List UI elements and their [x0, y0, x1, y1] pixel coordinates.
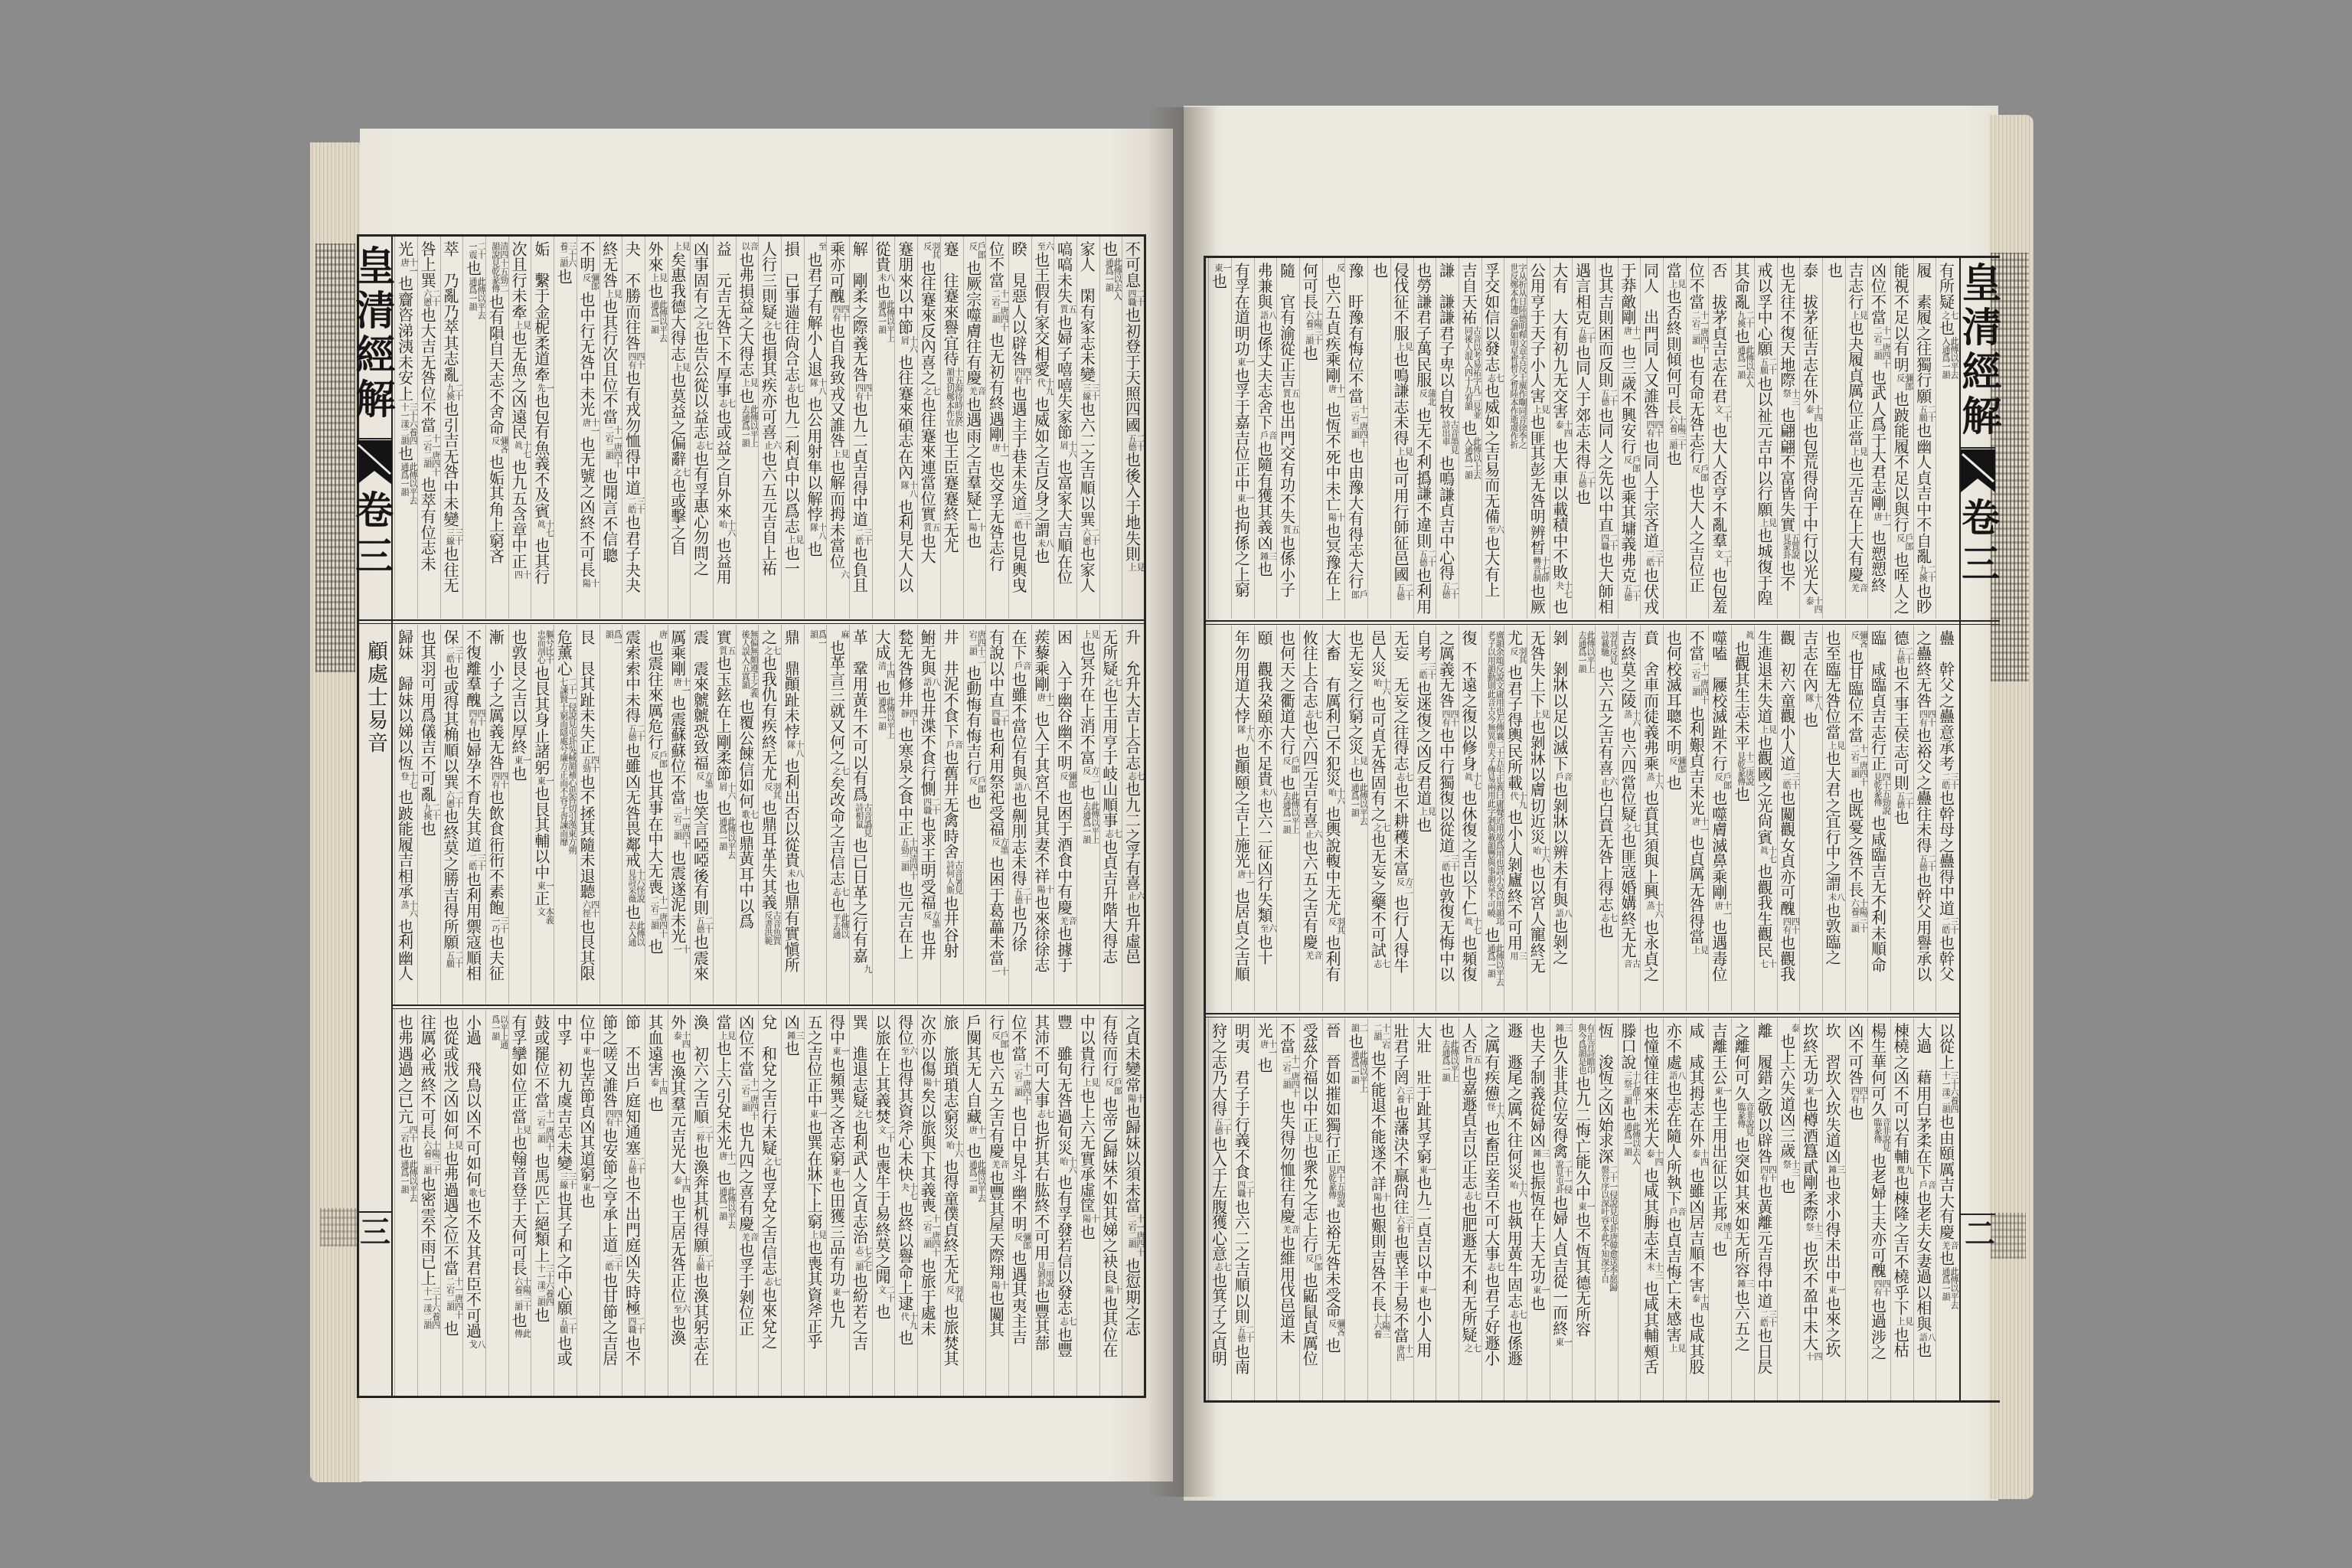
annotation-note: 此傳以平去入通爲一韻 [1942, 337, 1958, 380]
annotation-note: 古音暑見詩何人斯 [946, 861, 963, 895]
annotation-note: 十四清 [877, 661, 894, 679]
text-column: 吉志行見上也夬履貞厲位正當見上也元吉在上大有慶音羌 [1845, 258, 1868, 619]
text-column: 鼎 鼎顚趾未悖十八隊也利出否以從貴八未也鼎有實愼所 [781, 625, 804, 1004]
annotation-note: 音戶 [1669, 1207, 1686, 1217]
annotation-note: 此傳以平上通爲一韻 [877, 300, 894, 343]
text-column: 終无咎見上也其行次且位不當十一唐四十二宕二韻也聞言不信聰 [599, 237, 622, 619]
annotation-note: 古音譌見詩相鼠 [855, 803, 872, 838]
main-text: 也苦節貞凶其道窮 [577, 1057, 596, 1182]
main-text: 也九二利貞中以爲志 [782, 394, 800, 535]
main-text: 也 [1664, 451, 1682, 467]
annotation-note: 博工反 [1714, 1223, 1731, 1240]
annotation-note: 彌郎反 [1896, 374, 1913, 391]
main-text: 也終莫之勝吉得所願 [441, 809, 459, 951]
annotation-note: 十八隊 [809, 378, 826, 396]
main-text: 凶不可咎 [1846, 1023, 1864, 1086]
text-column: 從貴八未也此傳以平上通爲一韻 [872, 237, 895, 619]
main-text: 也迷復之凶反君道 [1414, 681, 1432, 806]
annotation-note: 戶郎反 [1691, 465, 1708, 482]
right-margin-pagenum-rule [1961, 1214, 1995, 1215]
annotation-note: 五質 [923, 523, 940, 532]
annotation-note: 八未 [1828, 893, 1845, 902]
main-text: 也有隕自天志不舍命 [486, 294, 505, 436]
main-text: 也孚兌之吉信志 [759, 1167, 778, 1277]
annotation-note: 五質說見蒙卦 [1782, 534, 1799, 560]
annotation-note: 十陽三十六養二韻 [1851, 899, 1867, 933]
main-text: 也王假有家交相愛 [1032, 252, 1050, 377]
text-column: 兌 和兌之吉行未疑七之也孚兌之吉信志七志也來兌之 [758, 1010, 781, 1396]
annotation-note: 七之 [696, 321, 713, 330]
annotation-note: 八語 [923, 678, 940, 687]
main-text: 也其事在中大无喪 [645, 769, 664, 895]
annotation-note: 見上 [651, 273, 668, 283]
text-column: 清四十五勁二韻說見乾彖傳也有隕自天志不舍命彌吝反也姤其角上窮吝 [485, 237, 508, 619]
main-text: 也來徐徐志 [1032, 895, 1050, 974]
annotation-note: 十一唐 [991, 443, 1008, 461]
main-text: 有所疑 [1937, 263, 1955, 310]
main-text: 也 [782, 1041, 800, 1057]
main-text: 也 [805, 541, 823, 557]
main-text: 也不 [622, 1335, 641, 1367]
annotation-note: 八未 [877, 273, 894, 283]
annotation-note: 此傳以平去通爲一韻 [969, 1160, 985, 1203]
main-text: 也老婦士夫亦可醜 [1868, 1153, 1886, 1279]
main-text: 矣改命之吉信志 [828, 776, 846, 887]
text-column: 不復離羣醜四十四有也婦孕不育失其道三十二皓也利用禦寇順相 [462, 625, 485, 1004]
annotation-note: 音羌 [991, 1160, 1008, 1169]
main-text: 也其子和之中心願 [554, 1191, 573, 1316]
main-text: 也馬匹亡絕類上 [532, 1153, 550, 1263]
text-column: 羽其反見詩載馳也六五之吉有喜六止也白賁无咎上得志七志也 [1595, 626, 1618, 1011]
main-text: 也中行獨復以從道 [1436, 728, 1455, 854]
main-text: 厲乘剛 [668, 629, 687, 677]
main-text: 无妄 无妄之往得志 [1391, 630, 1410, 772]
main-text: 也小人用 [1414, 1295, 1432, 1358]
main-text: 得位 [896, 1014, 914, 1046]
main-text: 也甘臨位不當 [1846, 649, 1864, 743]
main-text: 也萃有位志未 [418, 478, 436, 572]
main-text: 孚交如信以發志 [1482, 263, 1501, 373]
main-text: 也或益之自外來 [714, 409, 732, 519]
annotation-note: 戶郎反 [969, 242, 985, 260]
annotation-note: 音羌 [1060, 916, 1076, 926]
text-column: 噬嗑 屨校滅趾不行戶郎反也噬膚滅鼻乘剛十一唐也遇毒位 [1708, 626, 1731, 1011]
main-text: 也遇毒位 [1710, 920, 1728, 982]
text-column: 邑人災十六咍也可貞无咎固有之七之也无妄之藥不可試七志 [1367, 626, 1390, 1011]
main-text: 也豐 [1054, 1327, 1073, 1358]
main-text: 也解而拇未當位 [828, 459, 846, 570]
main-text: 也其位在 [1100, 1295, 1119, 1358]
annotation-note: 爲一韻 [809, 630, 826, 648]
main-text: 大成 [873, 629, 891, 661]
main-text: 也突如其來如无所容 [1732, 1138, 1750, 1279]
main-text: 五之吉位正中 [805, 1014, 823, 1109]
main-text: 也齎咨涕洟未安上 [396, 276, 414, 402]
main-text: 也婦子嘻嘻失家節 [1054, 315, 1073, 440]
main-text: 也顚頤之吉上施光 [1232, 743, 1250, 869]
text-column: 至也君子有解小人退十八隊也公用射隼以解悖十八隊也 [804, 237, 827, 619]
main-text: 大過 藉用白茅柔在下 [1914, 1023, 1932, 1180]
annotation-note: 四十六徑 [583, 900, 599, 918]
main-text: 也威如之吉易而无備 [1482, 384, 1501, 525]
annotation-note: 四十四有 [628, 352, 645, 370]
annotation-note: 十陽 [1128, 1094, 1145, 1103]
main-text: 也 [873, 283, 891, 299]
annotation-note: 四十四有 [1646, 420, 1663, 438]
main-text: 也王臣蹇蹇終无尤 [941, 428, 959, 554]
main-text: 之貞未變常 [1123, 1014, 1142, 1093]
main-text: 蹇 往蹇來譽宜待 [941, 241, 959, 367]
main-text: 也利用禦寇順相 [464, 872, 482, 982]
main-text: 也弗損益之大得志 [737, 252, 755, 377]
main-text: 也負且 [850, 547, 868, 594]
annotation-note: 七歌 [741, 810, 758, 819]
main-text: 也鼎有實愼所 [782, 879, 800, 973]
main-text: 能視不足以有明 [1891, 263, 1909, 373]
main-text: 也剝牀以膚切近災 [1527, 720, 1546, 845]
main-text: 也永貞之 [1641, 920, 1660, 982]
text-column: 十二宕二韻也不能退不能遂不詳十陽也艱則吉咎不長十陽三十六養 [1367, 1018, 1390, 1400]
text-column: 有正音詩瞻卬與今爲韻是也也九二悔亡能久中一東也不恆其德无所容 [1572, 1018, 1595, 1400]
text-column: 乘亦可醜四十四有也自我致戎又誰咎見上也解而拇未當位六 [826, 237, 849, 619]
main-text: 艮 艮其趾未失正 [577, 629, 596, 755]
annotation-note: 六止 [764, 441, 781, 450]
annotation-note: 見上 [719, 1031, 736, 1040]
text-column: 鼓或罷位不當十一唐四十二宕二韻也馬匹亡絕類上三十六養四十一漾二韻也 [531, 1010, 554, 1396]
main-text: 也飲食衎衎不素飽 [486, 790, 505, 916]
main-text: 也不拯其隨未退聽 [577, 774, 596, 900]
annotation-note: 一東 [809, 1109, 826, 1119]
annotation-note: 見上 [809, 1230, 826, 1240]
annotation-note: 反 [1328, 263, 1344, 273]
main-text: 也係丈夫志舍下 [1255, 321, 1273, 431]
main-text: 也笑言啞啞後有則 [691, 790, 709, 916]
main-text: 也幹母之蠱得中道 [1937, 791, 1955, 916]
main-text: 也從或戕之凶如何 [441, 1014, 459, 1140]
main-text: 升 允升大吉上合志 [1123, 629, 1142, 771]
annotation-note: 一東 [1533, 1285, 1550, 1295]
main-text: 棟橈之凶不可以有輔 [1891, 1023, 1909, 1165]
main-text: 當 [714, 1014, 732, 1031]
annotation-note: 見上 [1396, 342, 1413, 351]
annotation-note: 見上 [787, 535, 804, 544]
text-column: 得中一東也頻巽之吝志窮一東也田獲三品有功一東也九 [826, 1010, 849, 1396]
text-column: 厲乘剛十一唐也震蘇蘇位不當十一唐四十二宕二韻也震遂泥未光十一 [668, 625, 691, 1004]
main-text: 人否 [1459, 1023, 1478, 1054]
annotation-note: 此傳以平上去通爲一韻 [1083, 802, 1099, 844]
main-text: 也黃離元吉得中道 [1755, 1184, 1773, 1309]
text-column: 二十一震也此傳以平去通爲一韻 [462, 237, 485, 619]
annotation-note: 戶郎反 [1282, 756, 1299, 774]
annotation-note: 十四泰 [1646, 1149, 1663, 1167]
main-text: 也係遯 [1504, 1320, 1523, 1367]
annotation-note: 三十三線 [1083, 384, 1099, 401]
annotation-note: 清四十五勁二韻說見乾彖傳 [492, 242, 508, 293]
annotation-note: 十八隊 [900, 481, 917, 498]
main-text: 也白賁无咎上得志 [1596, 787, 1614, 913]
left-margin-book-title: 皇清經解 [354, 245, 389, 423]
annotation-note: 十四泰 [1691, 1149, 1708, 1167]
text-column: 羽其反也往蹇來反內喜之七之也往蹇來連當位實五質也大 [917, 237, 940, 619]
text-column: 不明彌郎反也中行无咎中未光十一唐也无號之凶終不可長十陽 [577, 237, 599, 619]
annotation-note: 見上 [1760, 725, 1777, 734]
text-column: 危薰心二十一侵說見屯卦吳棫韻補心思咨切引漢東方朔七諫賢士窮而隱處兮廉方正而不容子… [554, 625, 577, 1004]
main-text: 也恆不死中未亡 [1323, 403, 1341, 513]
main-text: 其命亂 [1732, 263, 1750, 310]
annotation-note: 三十二皓 [446, 646, 462, 664]
annotation-note: 二十四職 [1237, 1181, 1254, 1198]
annotation-note: 見上 [1851, 311, 1867, 320]
main-text: 離 履錯之敬以辟咎 [1755, 1023, 1773, 1165]
annotation-note: 三十二皓 [1442, 854, 1459, 872]
annotation-note: 三十六養四十一漾二韻 [423, 1287, 440, 1330]
left-register-divider-1 [357, 619, 1146, 624]
text-column: 公用亨于天子小人害見上也匪其彭无咎明辨晳十七薛轉音制也厥 [1527, 258, 1550, 619]
main-text: 也十 [1255, 934, 1273, 965]
text-column: 謙 謙謙君子卑以自牧古音墨見詩出車也鳴謙貞吉中心得二十五德 [1436, 258, 1459, 619]
main-text: 也既憂之咎不長 [1846, 788, 1864, 898]
annotation-note: 音以 [741, 242, 758, 251]
main-text: 也革言三就又何之 [828, 640, 846, 766]
text-column: 咸 咸其拇志在外十四泰也雖凶居吉順不害十四泰也咸其股 [1686, 1018, 1709, 1400]
main-text: 之 [759, 629, 778, 645]
text-column: 眞也觀其生志未平十二庚說見乾彖傳也 [1731, 626, 1754, 1011]
annotation-note: 七志 [1060, 1317, 1076, 1326]
text-column: 坎 習坎入坎失道凶三鍾也求小得未出中一東也來之坎 [1822, 1018, 1845, 1400]
annotation-note: 七志 [1465, 1191, 1481, 1200]
annotation-note: 十三祭 [1782, 1160, 1799, 1178]
annotation-note: 二十五德 [1396, 583, 1413, 601]
main-text: 也以宮人寵終无 [1527, 864, 1546, 975]
annotation-note: 見上 [1760, 518, 1777, 528]
annotation-note: 方墨反 [991, 838, 1008, 855]
main-text: 也匪其彭无咎明辨晳 [1527, 415, 1546, 557]
text-column: 吉離王公一東也王用出征以正邦博工反也 [1708, 1018, 1731, 1400]
annotation-note: 見上 [673, 242, 690, 251]
annotation-note: 羽其反 [1328, 917, 1344, 935]
text-column: 之厲有疾憊十六怪也畜臣妾吉不可大事七志也君子好遯小 [1481, 1018, 1504, 1400]
annotation-note: 此傳以去入通爲一韻 [1737, 345, 1754, 388]
main-text: 也九四之喜有慶 [737, 1122, 755, 1232]
annotation-note: 二十五德 [696, 916, 713, 934]
annotation-note: 此傳以平去通爲一韻 [719, 1187, 736, 1230]
text-column: 大成十四清也此傳以平上通爲一韻 [872, 625, 895, 1004]
annotation-note: 二十五德 [628, 724, 645, 742]
main-text: 生進退未失道 [1755, 630, 1773, 724]
annotation-note: 一東 [1805, 1086, 1822, 1096]
annotation-note: 見上 [741, 378, 758, 387]
main-text: 于莽敵剛 [1619, 263, 1637, 325]
main-text: 巽 進退志疑 [850, 1014, 868, 1109]
annotation-note: 四十五勁 [583, 756, 599, 773]
main-text: 坎 習坎入坎失道凶 [1823, 1023, 1841, 1165]
main-text: 實 [714, 629, 732, 645]
annotation-note: 唐四十二宕二韻 [969, 630, 985, 665]
text-column: 有待而行戶郎反也帝乙歸妹不如其娣之袂良十陽也其位在 [1099, 1010, 1122, 1396]
main-text: 也 [1619, 1106, 1637, 1122]
main-text: 也愬愬終 [1868, 531, 1886, 593]
annotation-note: 見上 [1083, 1078, 1099, 1087]
annotation-note: 音戶 [946, 740, 963, 750]
text-column: 之蠱終无咎四十四有也裕父之蠱往未得二十五德也幹父用譽承以 [1913, 626, 1936, 1011]
main-text: 鮒无與 [918, 629, 936, 677]
annotation-note: 十陽 [583, 579, 599, 588]
main-text: 也家人 [1077, 547, 1096, 594]
main-text: 也 [1664, 775, 1682, 791]
annotation-note: 十一唐 [400, 258, 417, 276]
main-text: 也九五含章中正 [509, 459, 528, 570]
annotation-note: 十六屑 [719, 782, 736, 800]
annotation-note: 四十四有 [1442, 710, 1459, 727]
main-text: 凶位不當 [737, 1014, 755, 1077]
main-text: 也 [1100, 241, 1119, 257]
annotation-note: 二十一侵說見屯卦 [1555, 1160, 1572, 1194]
main-text: 也往蹇來反內喜之 [918, 260, 936, 386]
main-text: 也老夫女妻過以相與 [1914, 1191, 1932, 1332]
main-text: 咸 咸其拇志在外 [1687, 1023, 1705, 1148]
annotation-note: 十六咍 [946, 1141, 963, 1158]
annotation-note: 七之 [673, 468, 690, 477]
annotation-note: 二十五德 [1237, 1325, 1254, 1343]
main-text: 也王用亨于岐山順事 [1100, 688, 1119, 829]
annotation-note: 十一唐 [1237, 870, 1254, 887]
main-text: 也不出門庭凶失時極 [622, 1175, 641, 1317]
main-text: 也居貞之吉順 [1232, 888, 1250, 982]
main-text: 也震遂泥未光 [668, 850, 687, 944]
annotation-note: 十四泰 [1555, 420, 1572, 438]
annotation-note: 三十三線 [560, 1172, 577, 1190]
annotation-note: 三十二皓 [605, 1254, 622, 1272]
main-text: 大畜 有厲利己不犯災 [1323, 630, 1341, 787]
main-text: 也利見大人以 [896, 499, 914, 593]
annotation-note: 八戈 [469, 1340, 485, 1349]
main-text: 謙 謙謙君子卑以自牧 [1436, 263, 1455, 420]
annotation-note: 古音 [1623, 959, 1640, 969]
annotation-note: 有正音詩瞻卬與今爲韻是也 [1578, 1024, 1595, 1075]
annotation-note: 十一唐 [1623, 326, 1640, 344]
main-text: 也 [873, 1304, 891, 1320]
main-text: 也勞謙君子萬民服 [1414, 263, 1432, 388]
main-text: 也咥人之 [1891, 552, 1909, 615]
main-text: 也由豫大有得志大行 [1346, 449, 1364, 590]
main-text: 剝 剝牀以足以滅下 [1550, 630, 1569, 772]
annotation-note: 十一唐四十二宕二韻 [605, 426, 622, 469]
annotation-note: 一東 [514, 756, 531, 765]
main-text: 晉 晉如摧如獨行正 [1323, 1023, 1341, 1165]
annotation-note: 一東 [1419, 1165, 1436, 1174]
text-column: 一東也 [1208, 258, 1231, 619]
main-text: 也初登于天照四國 [1123, 308, 1142, 433]
annotation-note: 十陽 [1328, 513, 1344, 522]
main-text: 也觀其生志未平 [1732, 641, 1750, 751]
annotation-note: 音非說見臨彖傳 [1873, 1118, 1890, 1152]
annotation-note: 十六蒸 [1646, 901, 1663, 919]
annotation-note: 方墨反 [696, 772, 713, 789]
annotation-note: 此傳以去入通爲一韻 [1623, 1122, 1640, 1165]
annotation-note: 六至 [673, 1305, 690, 1314]
left-margin-fishtail-rule [357, 438, 392, 439]
main-text: 也 [1255, 562, 1273, 578]
annotation-note: 四十四有 [1873, 1279, 1890, 1297]
main-text: 保 [441, 629, 459, 645]
main-text: 也九二貞吉以中 [1414, 1175, 1432, 1285]
main-text: 困 入于幽谷幽不明 [1054, 629, 1073, 771]
main-text: 也 [1482, 927, 1501, 943]
annotation-note: 戶郎反 [1714, 773, 1731, 790]
main-text: 吉離王公 [1710, 1023, 1728, 1086]
main-text: 也闚觀女貞亦可醜 [1778, 791, 1796, 916]
main-text: 觀 初六童觀小人道 [1778, 630, 1796, 772]
main-text: 也動悔有悔吉行 [964, 665, 982, 776]
annotation-note: 八未 [1259, 788, 1276, 797]
main-text: 也君子得輿民所載 [1504, 665, 1523, 791]
annotation-note: 五質 [1282, 525, 1299, 534]
text-column: 遯 遯尾之厲不往何災十六咍也執用黃牛固志七志也係遯 [1504, 1018, 1527, 1400]
text-column: 也 [1822, 258, 1845, 619]
right-bottom-register: 以從上三十六養四十一漾二韻也由頤厲吉大有慶音羌也此傳以平去通爲一韻大過 藉用白茅… [1207, 1018, 1958, 1400]
main-text: 也以祉元吉中以行願 [1755, 376, 1773, 518]
annotation-note: 三十二皓 [1942, 917, 1958, 935]
text-column: 不當十一唐四十二宕二韻也利艱貞吉未光十一唐也貞厲无咎得當見上 [1686, 626, 1709, 1011]
main-text: 也肥遯无不利无所疑 [1459, 1201, 1478, 1343]
main-text: 无咎失上下 [1527, 630, 1546, 709]
annotation-note: 二十五德 [1919, 854, 1935, 872]
main-text: 也大車以載積中不敗 [1550, 439, 1569, 580]
main-text: 也引吉无咎中未變 [441, 402, 459, 528]
main-text: 夬 不勝而往咎 [622, 241, 641, 351]
annotation-note: 二十二稕 [696, 1125, 713, 1143]
annotation-note: 此傳以平上去通爲一韻 [741, 405, 758, 448]
main-text: 履 素履之往獨行願 [1914, 263, 1932, 404]
main-text: 也 [1459, 420, 1478, 436]
main-text: 也武人爲于大君志剛 [1868, 370, 1886, 511]
annotation-note: 十一唐四 [1396, 1344, 1413, 1362]
annotation-note: 十一唐四十二宕二韻 [1351, 405, 1367, 448]
main-text: 大壯 壯于趾其孚窮 [1414, 1023, 1432, 1165]
annotation-note: 一東 [832, 1047, 849, 1056]
main-text: 震索索中未得 [622, 629, 641, 724]
annotation-note: 四十四有 [1760, 1165, 1777, 1183]
text-column: 履 素履之往獨行願二十五願也幽人貞吉中不自亂二十九換也眇 [1913, 258, 1936, 619]
text-column: 遇言相克二十五德也同人于郊志未得二十五德也 [1572, 258, 1595, 619]
annotation-note: 十六屑 [1060, 441, 1076, 459]
main-text: 也厥宗噬膚往有慶 [964, 260, 982, 386]
annotation-note: 見上 [1669, 279, 1686, 289]
main-text: 危薰心 [554, 629, 573, 677]
main-text: 泰 拔茅征吉志在外 [1800, 263, 1818, 404]
annotation-note: 二十五德 [1578, 471, 1595, 488]
annotation-note: 六止 [1601, 777, 1618, 786]
text-column: 位不當十一唐四十二宕二韻也无初有終遇剛十一唐也交孚无咎志行 [985, 237, 1008, 619]
main-text: 也何天之衢道大行 [1278, 630, 1296, 756]
annotation-note: 十一唐四十二宕二韻 [923, 1214, 940, 1257]
text-column: 次亦以傷十陽矣以旅與下其義喪十一唐四十二宕二韻也旅于處未 [917, 1010, 940, 1396]
right-middle-register: 蠱 幹父之蠱意承考三十二皓也幹母之蠱得中道三十二皓也幹父之蠱終无咎四十四有也裕父… [1207, 626, 1958, 1011]
main-text: 也利艱貞吉未光 [1687, 706, 1705, 816]
main-text: 也有戎勿恤得中道 [622, 371, 641, 496]
text-column: 戒以孚中心願二十五願也以祉元吉中以行願見上也城復于隍 [1754, 258, 1777, 619]
text-column: 人行三則疑七之也損其疾亦可喜六止也六五元吉自上祐 [758, 237, 781, 619]
text-column: 頤 觀我朶頤亦不足貴八未也六二征凶行失類六至也十 [1254, 626, 1277, 1011]
annotation-note: 四十四有 [832, 305, 849, 322]
main-text: 也鼎耳革失其義 [759, 801, 778, 911]
annotation-note: 四十靜 [900, 709, 917, 727]
annotation-note: 音非說見臨彖傳 [1737, 1102, 1754, 1137]
main-text: 也日昃 [1755, 1328, 1773, 1376]
main-text: 也敦臨之 [1823, 903, 1841, 965]
annotation-note: 十七眞 [514, 441, 531, 459]
main-text: 也包有魚義不及賓 [532, 394, 550, 519]
